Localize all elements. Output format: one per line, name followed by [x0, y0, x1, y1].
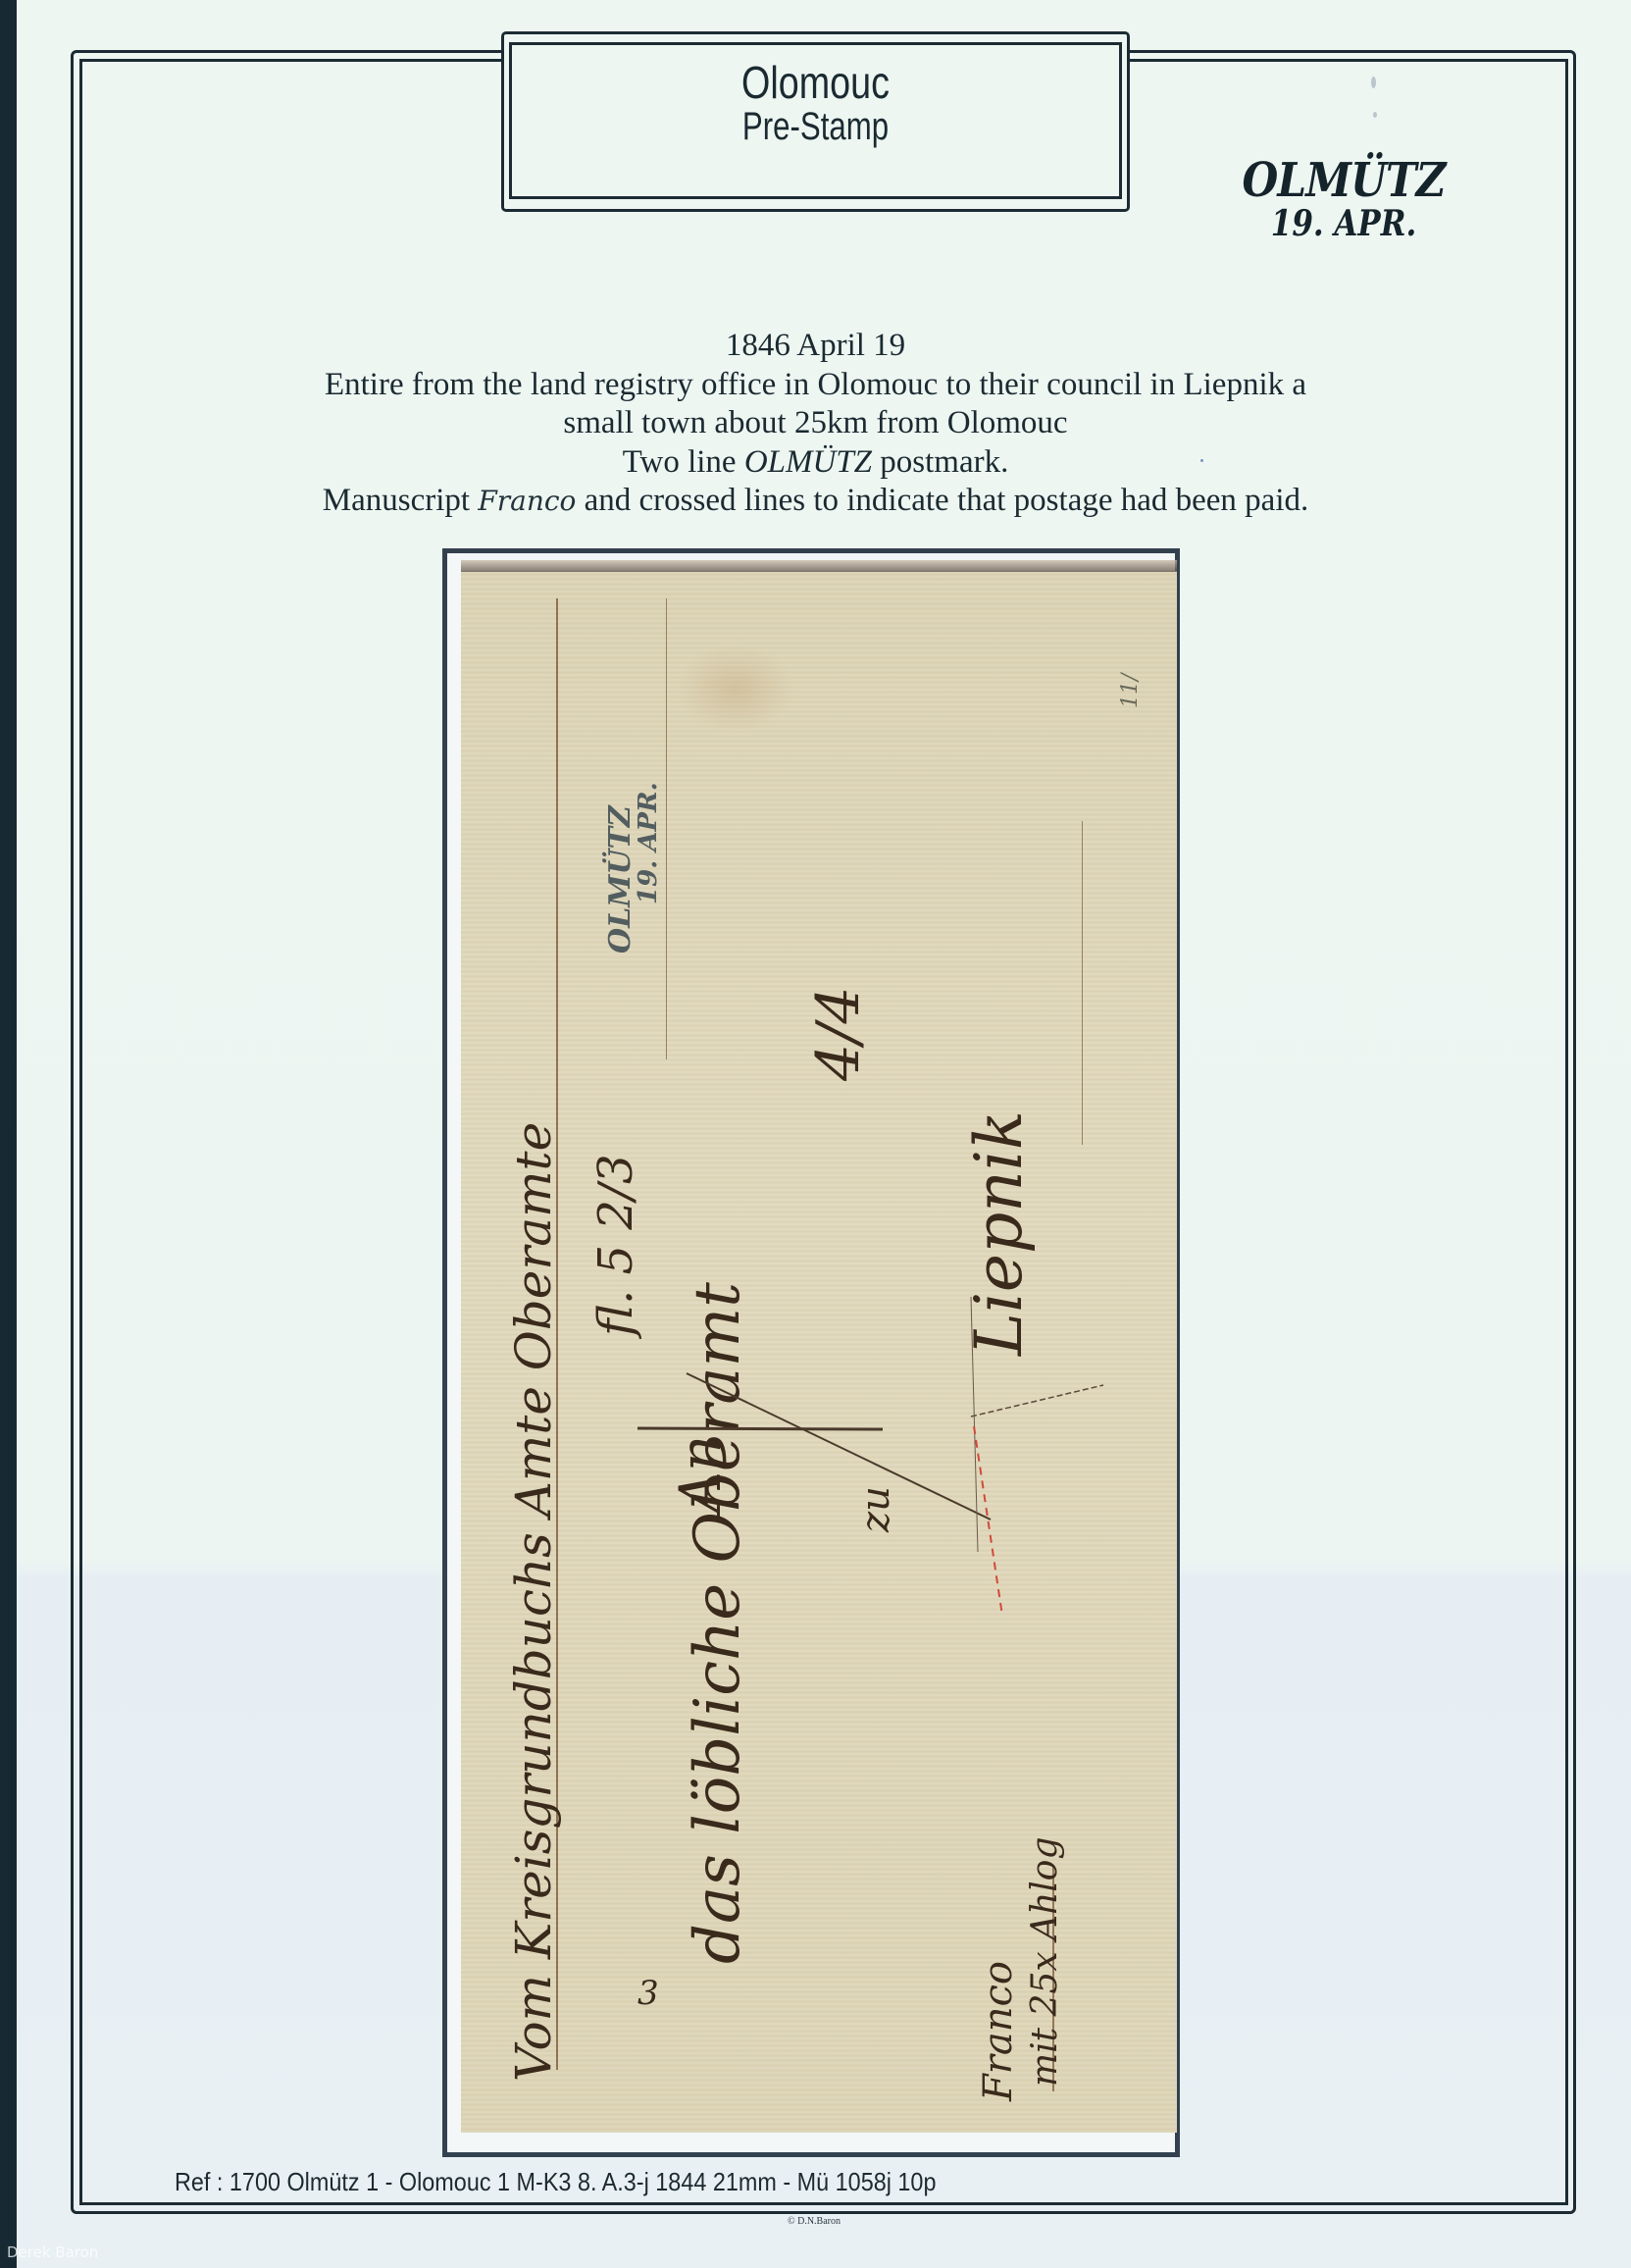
crossed-lines [461, 571, 1177, 2133]
postmark-illustration: OLMÜTZ 19. APR. [1216, 157, 1471, 241]
page-title-block: Olomouc Pre-Stamp [509, 59, 1122, 147]
scan-speck [1371, 77, 1376, 88]
postmark-illustration-town: OLMÜTZ [1232, 157, 1456, 204]
scan-edge-strip [0, 0, 17, 2268]
page-title: Olomouc [564, 59, 1067, 106]
postmark-illustration-date: 19. APR. [1234, 206, 1453, 241]
scan-speck [1200, 459, 1203, 462]
cover-fold-edge [461, 560, 1177, 572]
description-text: Manuscript [323, 483, 479, 518]
description-line: small town about 25km from Olomouc [157, 404, 1474, 443]
description-text: and crossed lines to indicate that posta… [576, 483, 1308, 518]
scan-speck [1373, 112, 1377, 118]
description-date: 1846 April 19 [157, 327, 1474, 366]
description-text: postmark. [872, 444, 1008, 480]
description-text: Two line [623, 444, 744, 480]
page-subtitle: Pre-Stamp [577, 106, 1055, 147]
postal-cover: Vom Kreisgrundbuchs Amte Oberamte fl. 5 … [461, 571, 1177, 2133]
description-franco-line: Manuscript Franco and crossed lines to i… [157, 482, 1474, 521]
description-line: Entire from the land registry office in … [157, 366, 1474, 405]
description-postmark-line: Two line OLMÜTZ postmark. [157, 443, 1474, 483]
copyright: © D.N.Baron [765, 2216, 863, 2227]
catalogue-reference: Ref : 1700 Olmütz 1 - Olomouc 1 M-K3 8. … [175, 2167, 936, 2197]
watermark: Derek Baron [7, 2243, 98, 2261]
description-franco-script: Franco [478, 485, 576, 517]
description: 1846 April 19 Entire from the land regis… [157, 327, 1474, 521]
description-postmark-name: OLMÜTZ [744, 444, 872, 480]
